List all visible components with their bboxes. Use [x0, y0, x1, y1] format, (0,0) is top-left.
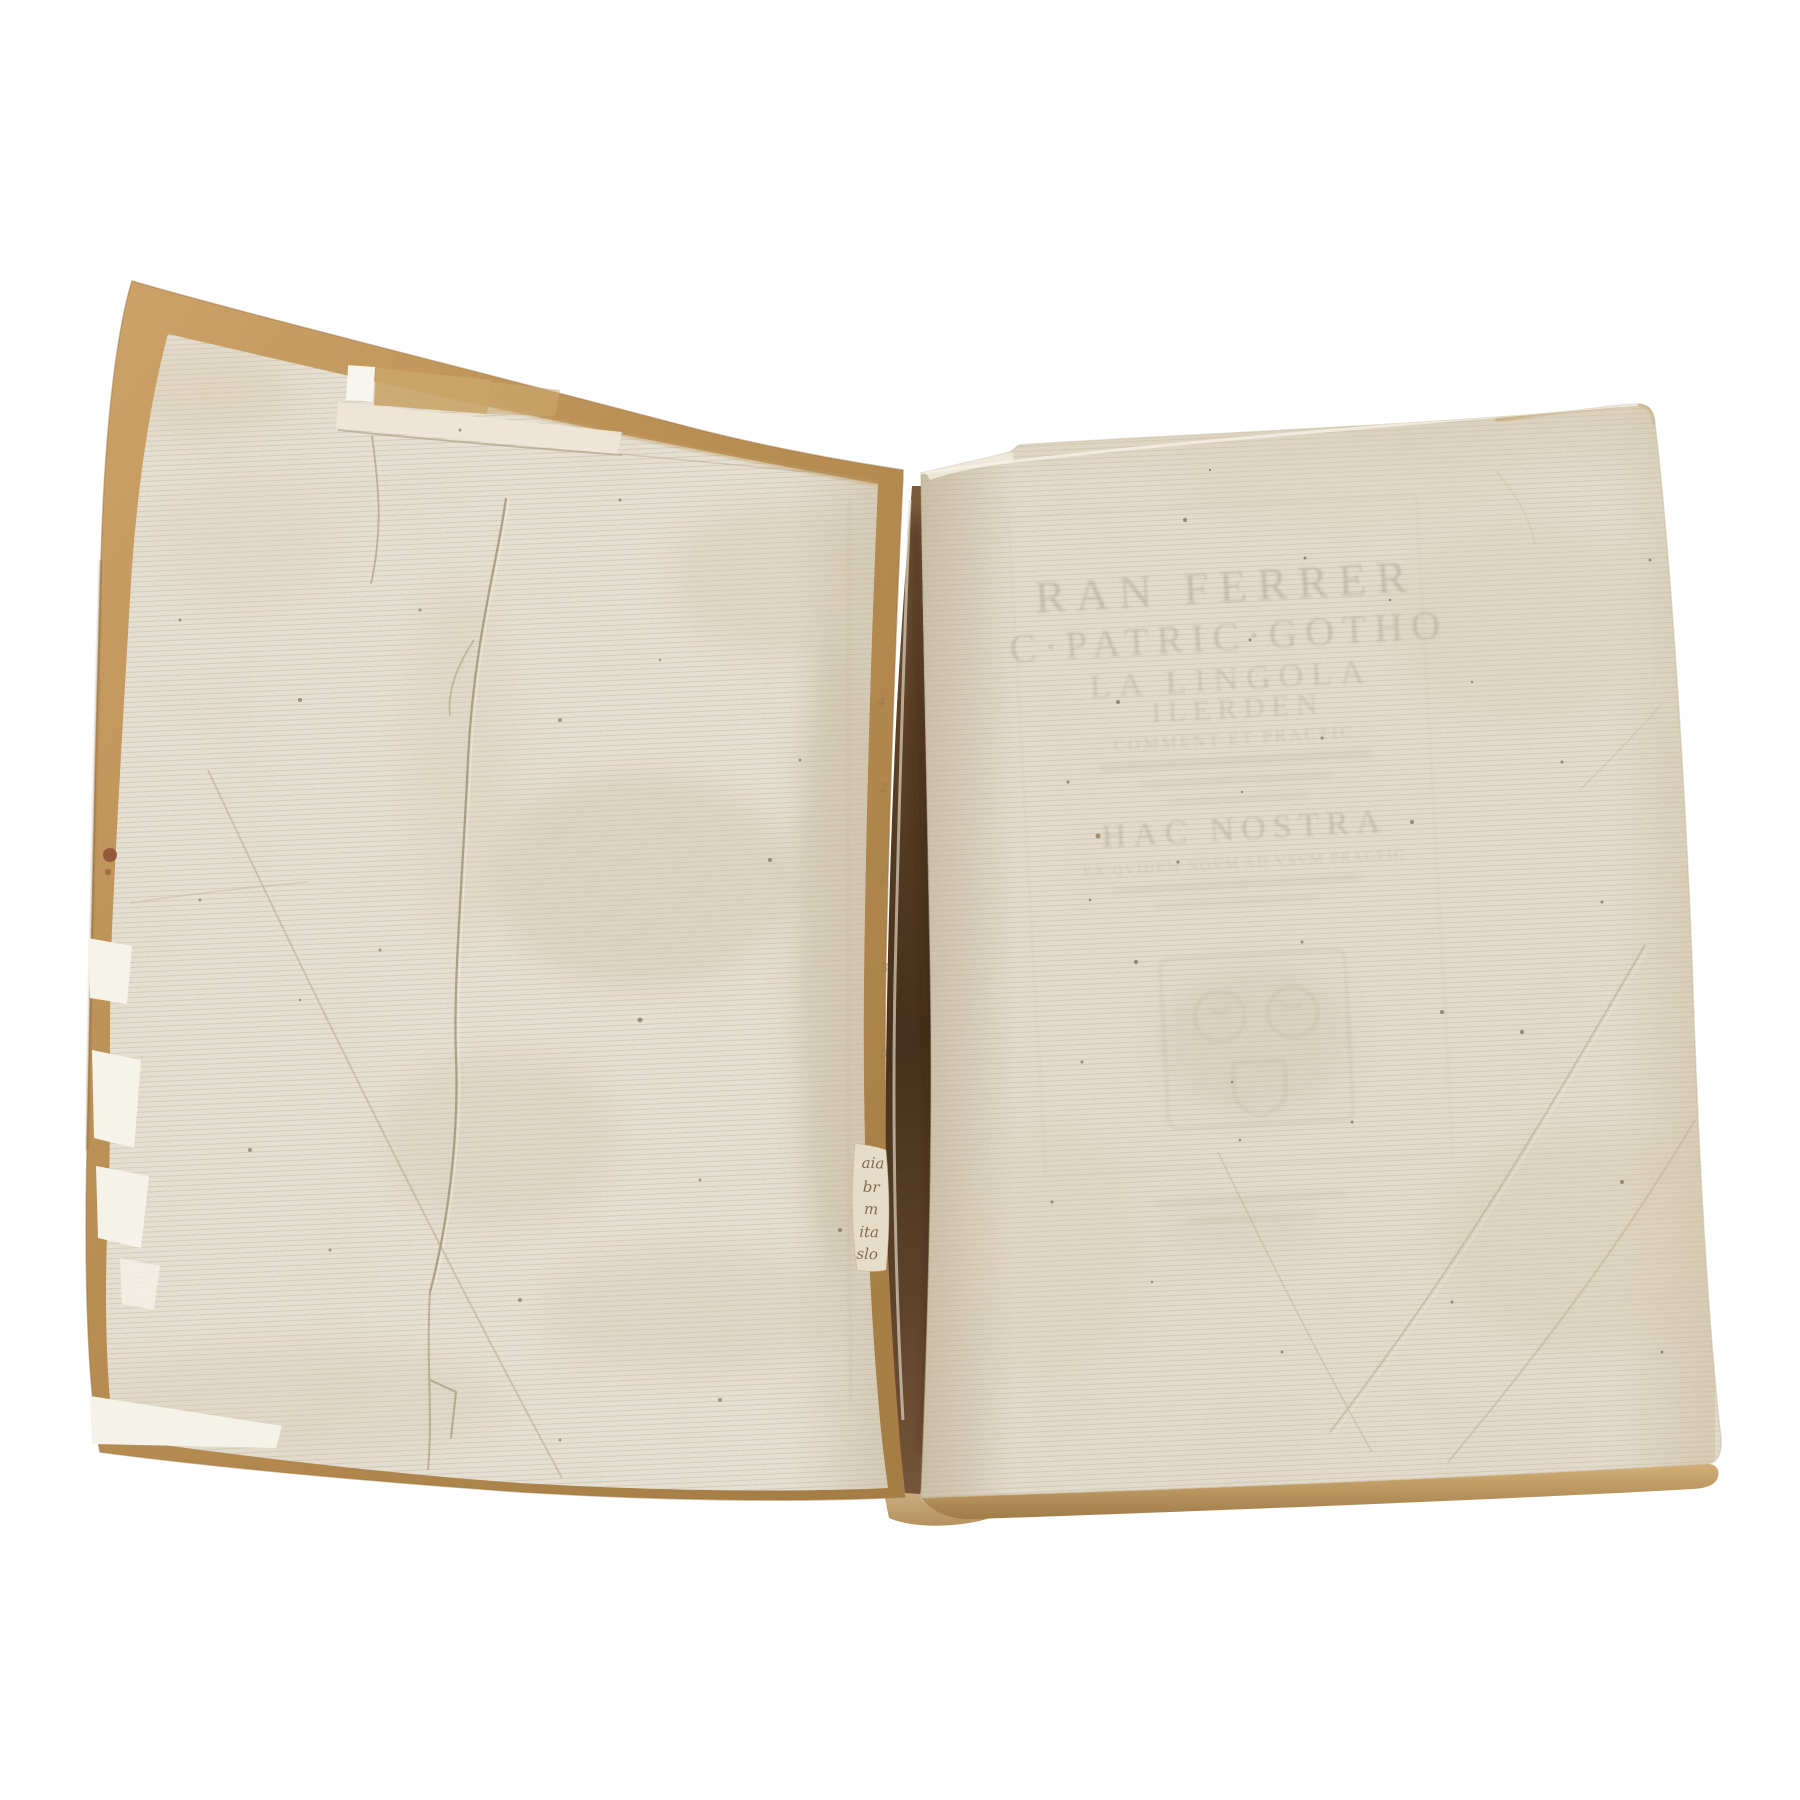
handwriting-fragment: br	[862, 1178, 880, 1197]
handwriting-fragment: m	[864, 1200, 879, 1218]
photo-canvas: 4 2 1 3 0 aia br m ita slo	[0, 0, 1800, 1800]
left-pastedown-page: 4 2 1 3 0	[60, 300, 920, 1520]
left-page-texture	[60, 300, 920, 1520]
white-paper-tab	[346, 365, 375, 402]
right-title-page: RAN FERRER C·PATRIC·GOTHO LA LINGOLA ILE…	[900, 390, 1740, 1519]
red-stain-spot	[103, 848, 117, 862]
book-photograph: 4 2 1 3 0 aia br m ita slo	[0, 0, 1800, 1800]
handwriting-fragment: ita	[859, 1223, 879, 1242]
margin-mark: 4	[877, 695, 886, 709]
right-page-texture: RAN FERRER C·PATRIC·GOTHO LA LINGOLA ILE…	[900, 390, 1740, 1510]
handwriting-fragment: slo	[856, 1245, 878, 1264]
margin-mark: 2	[879, 781, 888, 795]
margin-mark: 1	[879, 871, 887, 885]
handwriting-fragment: aia	[861, 1154, 884, 1173]
